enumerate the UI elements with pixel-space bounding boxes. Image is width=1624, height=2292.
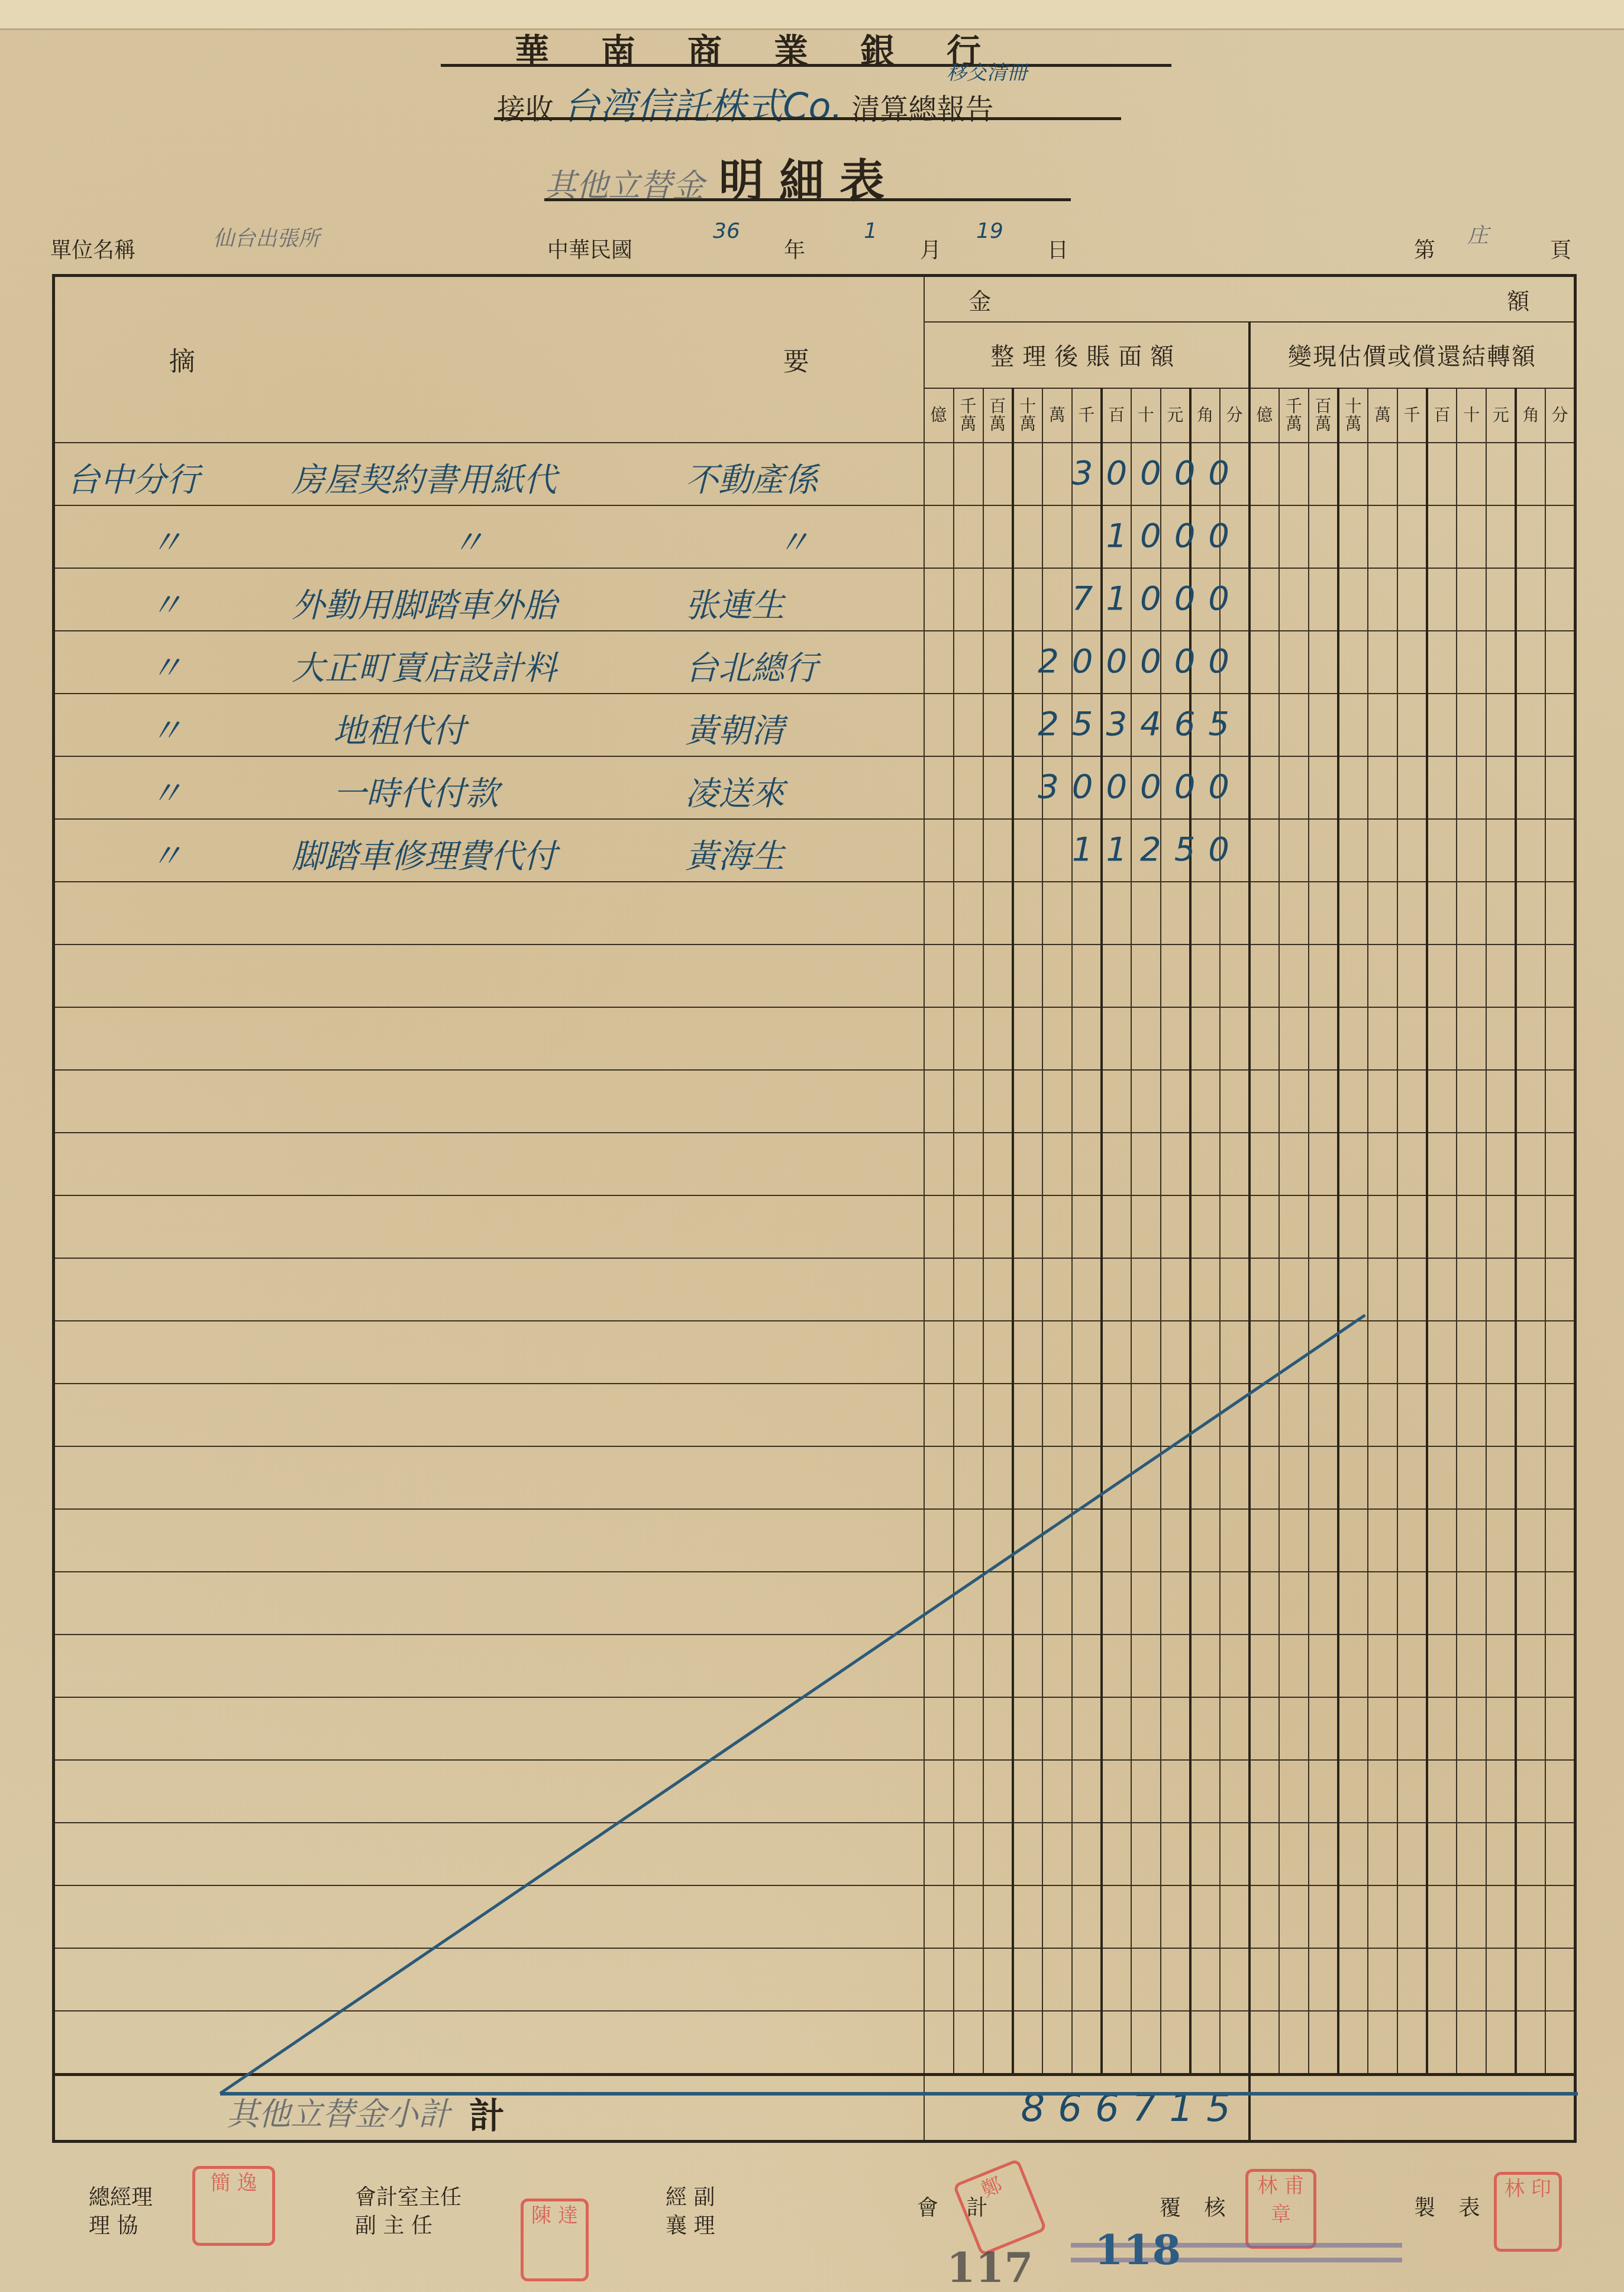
book-value-digit-cell	[983, 2011, 1013, 2075]
book-value-digit-cell	[983, 1133, 1013, 1195]
realization-digit-cell	[1397, 694, 1427, 756]
book-value-digit-cell	[1161, 1321, 1190, 1384]
row-item: 脚踏車修理費代付	[292, 830, 557, 878]
realization-digit-cell	[1545, 882, 1575, 944]
realization-digit-cell	[1309, 1195, 1338, 1258]
realization-digit-cell	[1427, 1258, 1457, 1321]
book-value-digit-cell	[1190, 1948, 1220, 2011]
book-value-digit-cell	[924, 944, 954, 1007]
realization-digit-cell	[1309, 1258, 1338, 1321]
realization-digit-cell	[1486, 1572, 1516, 1635]
book-value-digit-cell	[924, 1885, 954, 1948]
realization-digit-cell	[1427, 1572, 1457, 1635]
realization-digit-cell	[1516, 1446, 1545, 1509]
ledger-body: 台中分行房屋契約書用紙代不動產係30000〃〃〃1000〃外勤用脚踏車外胎张連生…	[54, 443, 1575, 2075]
realization-digit-cell	[1427, 568, 1457, 631]
book-value-digit-cell	[954, 882, 983, 944]
realization-digit-cell	[1397, 631, 1427, 694]
realization-digit-cell	[1279, 1697, 1309, 1760]
row-amount: 253465	[1038, 705, 1242, 743]
realization-digit-cell	[1457, 1133, 1486, 1195]
realization-digit-cell	[1309, 882, 1338, 944]
report-rule	[494, 117, 1121, 120]
book-value-digit-cell	[1161, 1635, 1190, 1697]
sig-label: 理 協	[89, 2212, 153, 2241]
realization-digit-cell	[1427, 631, 1457, 694]
realization-digit-cell	[1457, 1948, 1486, 2011]
book-value-digit-cell: 71000	[1220, 568, 1250, 631]
book-value-digit-cell	[1072, 1635, 1102, 1697]
book-value-digit-cell	[1131, 1321, 1161, 1384]
realization-digit-cell	[1397, 756, 1427, 819]
digit-header: 百萬	[983, 388, 1013, 443]
realization-digit-cell	[1338, 1133, 1368, 1195]
description-cell	[54, 1823, 924, 1885]
description-cell	[54, 1321, 924, 1384]
page-suffix: 頁	[1550, 234, 1571, 264]
book-value-digit-cell	[983, 819, 1013, 882]
realization-digit-cell	[1309, 944, 1338, 1007]
group-book-value: 整理後賬面額	[924, 322, 1250, 388]
table-row	[54, 1760, 1575, 1823]
book-value-digit-cell	[1102, 1133, 1131, 1195]
row-party: 凌送來	[685, 768, 784, 815]
realization-digit-cell	[1545, 1509, 1575, 1572]
realization-digit-cell	[1397, 1258, 1427, 1321]
realization-digit-cell	[1368, 1697, 1397, 1760]
table-row: 〃地租代付黃朝清253465	[54, 694, 1575, 756]
realization-digit-cell	[1368, 1885, 1397, 1948]
book-value-digit-cell	[983, 1572, 1013, 1635]
digit-header: 元	[1486, 388, 1516, 443]
realization-digit-cell	[1427, 443, 1457, 505]
book-value-digit-cell	[1161, 1258, 1190, 1321]
total-realization-cell	[1250, 2074, 1575, 2141]
realization-digit-cell	[1486, 1258, 1516, 1321]
book-value-digit-cell	[924, 1697, 954, 1760]
realization-digit-cell	[1397, 1195, 1427, 1258]
book-value-digit-cell	[1013, 882, 1042, 944]
realization-digit-cell	[1545, 1697, 1575, 1760]
digit-header: 角	[1190, 388, 1220, 443]
realization-digit-cell	[1279, 1195, 1309, 1258]
book-value-digit-cell	[924, 505, 954, 568]
book-value-digit-cell	[1131, 944, 1161, 1007]
realization-digit-cell	[1486, 756, 1516, 819]
month-value: 1	[864, 219, 877, 243]
description-cell	[54, 1760, 924, 1823]
realization-digit-cell	[1545, 1007, 1575, 1070]
realization-digit-cell	[1516, 1697, 1545, 1760]
table-row	[54, 882, 1575, 944]
book-value-digit-cell	[954, 505, 983, 568]
realization-digit-cell	[1338, 1760, 1368, 1823]
book-value-digit-cell	[1013, 1697, 1042, 1760]
table-row	[54, 1384, 1575, 1446]
realization-digit-cell	[1309, 1384, 1338, 1446]
book-value-digit-cell	[1131, 1195, 1161, 1258]
digit-header: 十	[1131, 388, 1161, 443]
realization-digit-cell	[1338, 1195, 1368, 1258]
digit-header: 千萬	[954, 388, 983, 443]
realization-digit-cell	[1545, 694, 1575, 756]
realization-digit-cell	[1545, 819, 1575, 882]
book-value-digit-cell	[983, 1948, 1013, 2011]
row-branch: 〃	[150, 705, 183, 752]
table-row: 台中分行房屋契約書用紙代不動產係30000	[54, 443, 1575, 505]
realization-digit-cell	[1397, 944, 1427, 1007]
signature-reviewer: 覆 核	[1160, 2194, 1234, 2223]
realization-digit-cell	[1516, 1195, 1545, 1258]
book-value-digit-cell	[1013, 1885, 1042, 1948]
realization-digit-cell	[1250, 1446, 1279, 1509]
book-value-digit-cell	[1072, 1509, 1102, 1572]
book-value-digit-cell	[1161, 882, 1190, 944]
book-value-digit-cell	[1220, 1885, 1250, 1948]
realization-digit-cell	[1545, 505, 1575, 568]
book-value-digit-cell	[1190, 1070, 1220, 1133]
table-row	[54, 944, 1575, 1007]
book-value-digit-cell: 11250	[1220, 819, 1250, 882]
realization-digit-cell	[1427, 1948, 1457, 2011]
book-value-digit-cell	[924, 2011, 954, 2075]
book-value-digit-cell	[954, 1697, 983, 1760]
sig-label: 襄 理	[666, 2212, 715, 2241]
book-value-digit-cell	[954, 1948, 983, 2011]
book-value-digit-cell	[924, 1760, 954, 1823]
realization-digit-cell	[1427, 1070, 1457, 1133]
realization-digit-cell	[1516, 1635, 1545, 1697]
realization-digit-cell	[1250, 1007, 1279, 1070]
realization-digit-cell	[1397, 2011, 1427, 2075]
realization-digit-cell	[1427, 1697, 1457, 1760]
book-value-digit-cell	[1131, 2011, 1161, 2075]
realization-digit-cell	[1338, 882, 1368, 944]
table-row	[54, 1258, 1575, 1321]
realization-digit-cell	[1338, 1384, 1368, 1446]
realization-digit-cell	[1516, 1133, 1545, 1195]
realization-digit-cell	[1427, 1885, 1457, 1948]
book-value-digit-cell	[1013, 1572, 1042, 1635]
book-value-digit-cell	[954, 1509, 983, 1572]
realization-digit-cell	[1279, 568, 1309, 631]
realization-digit-cell	[1545, 1258, 1575, 1321]
realization-digit-cell	[1545, 1384, 1575, 1446]
book-value-digit-cell	[1072, 1760, 1102, 1823]
realization-digit-cell	[1279, 505, 1309, 568]
book-value-digit-cell	[924, 1384, 954, 1446]
book-value-digit-cell	[954, 1007, 983, 1070]
realization-digit-cell	[1486, 1321, 1516, 1384]
seal-stamp: 陳 達	[521, 2198, 589, 2281]
book-value-digit-cell	[1102, 1948, 1131, 2011]
realization-digit-cell	[1250, 1070, 1279, 1133]
realization-digit-cell	[1486, 1697, 1516, 1760]
book-value-digit-cell	[1013, 1384, 1042, 1446]
book-value-digit-cell	[1072, 1070, 1102, 1133]
realization-digit-cell	[1545, 944, 1575, 1007]
book-value-digit-cell	[1102, 1885, 1131, 1948]
realization-digit-cell	[1338, 1509, 1368, 1572]
realization-digit-cell	[1338, 819, 1368, 882]
total-label-handwritten: 其他立替金小計	[227, 2089, 450, 2135]
book-value-digit-cell	[924, 882, 954, 944]
group-realization-value: 變現估價或償還結轉額	[1250, 322, 1575, 388]
description-cell: 〃一時代付款凌送來	[54, 756, 924, 819]
book-value-digit-cell	[1131, 1697, 1161, 1760]
realization-digit-cell	[1486, 819, 1516, 882]
description-cell	[54, 1635, 924, 1697]
detail-rule	[544, 198, 1071, 201]
book-value-digit-cell	[1131, 1070, 1161, 1133]
description-cell	[54, 1509, 924, 1572]
realization-digit-cell	[1457, 505, 1486, 568]
realization-digit-cell	[1250, 882, 1279, 944]
realization-digit-cell	[1486, 1760, 1516, 1823]
row-item: 一時代付款	[333, 768, 499, 815]
digit-header: 百萬	[1309, 388, 1338, 443]
realization-digit-cell	[1309, 694, 1338, 756]
book-value-digit-cell	[1131, 1007, 1161, 1070]
realization-digit-cell	[1309, 756, 1338, 819]
table-row	[54, 1572, 1575, 1635]
realization-digit-cell	[1397, 1572, 1427, 1635]
realization-digit-cell	[1279, 1635, 1309, 1697]
realization-digit-cell	[1545, 1635, 1575, 1697]
book-value-digit-cell	[1161, 1509, 1190, 1572]
table-row	[54, 1885, 1575, 1948]
table-row	[54, 1697, 1575, 1760]
realization-digit-cell	[1486, 2011, 1516, 2075]
book-value-digit-cell	[1072, 882, 1102, 944]
book-value-digit-cell	[983, 1007, 1013, 1070]
realization-digit-cell	[1397, 819, 1427, 882]
book-value-digit-cell	[1072, 1885, 1102, 1948]
realization-digit-cell	[1516, 443, 1545, 505]
row-item: 外勤用脚踏車外胎	[292, 579, 557, 627]
realization-digit-cell	[1338, 1070, 1368, 1133]
realization-digit-cell	[1457, 819, 1486, 882]
book-value-digit-cell	[954, 756, 983, 819]
report-company: 台湾信託株式Co.	[563, 85, 842, 128]
realization-digit-cell	[1368, 1070, 1397, 1133]
digit-header: 億	[1250, 388, 1279, 443]
book-value-digit-cell	[954, 819, 983, 882]
realization-digit-cell	[1516, 1384, 1545, 1446]
book-value-digit-cell	[1042, 1321, 1072, 1384]
book-value-digit-cell	[954, 944, 983, 1007]
book-value-digit-cell	[1190, 1133, 1220, 1195]
realization-digit-cell	[1457, 1572, 1486, 1635]
book-value-digit-cell	[1161, 1885, 1190, 1948]
book-value-digit-cell	[954, 1760, 983, 1823]
book-value-digit-cell: 253465	[1220, 694, 1250, 756]
realization-digit-cell	[1545, 1885, 1575, 1948]
book-value-digit-cell	[1013, 443, 1042, 505]
realization-digit-cell	[1457, 694, 1486, 756]
realization-digit-cell	[1279, 1885, 1309, 1948]
book-value-digit-cell	[1013, 505, 1042, 568]
book-value-digit-cell	[983, 443, 1013, 505]
description-cell	[54, 1384, 924, 1446]
book-value-digit-cell	[1072, 1948, 1102, 2011]
book-value-digit-cell	[1220, 1007, 1250, 1070]
realization-digit-cell	[1309, 819, 1338, 882]
row-amount: 30000	[1072, 454, 1242, 492]
realization-digit-cell	[1279, 756, 1309, 819]
book-value-digit-cell	[924, 756, 954, 819]
realization-digit-cell	[1368, 1823, 1397, 1885]
realization-digit-cell	[1516, 631, 1545, 694]
realization-digit-cell	[1279, 1446, 1309, 1509]
realization-digit-cell	[1338, 631, 1368, 694]
row-amount: 1000	[1106, 517, 1242, 555]
realization-digit-cell	[1457, 568, 1486, 631]
realization-digit-cell	[1368, 443, 1397, 505]
book-value-digit-cell	[1013, 1760, 1042, 1823]
digit-header: 千	[1072, 388, 1102, 443]
digit-header: 百	[1427, 388, 1457, 443]
realization-digit-cell	[1427, 694, 1457, 756]
realization-digit-cell	[1279, 1509, 1309, 1572]
realization-digit-cell	[1427, 1635, 1457, 1697]
book-value-digit-cell	[1102, 1635, 1131, 1697]
realization-digit-cell	[1368, 1509, 1397, 1572]
book-value-digit-cell	[1072, 505, 1102, 568]
book-value-digit-cell	[983, 568, 1013, 631]
row-party: 〃	[777, 517, 810, 564]
realization-digit-cell	[1338, 1885, 1368, 1948]
book-value-digit-cell: 1000	[1220, 505, 1250, 568]
book-value-digit-cell	[954, 568, 983, 631]
book-value-digit-cell	[1220, 1823, 1250, 1885]
realization-digit-cell	[1397, 1760, 1427, 1823]
realization-digit-cell	[1427, 1384, 1457, 1446]
book-value-digit-cell	[983, 1760, 1013, 1823]
realization-digit-cell	[1457, 1823, 1486, 1885]
book-value-digit-cell	[1042, 882, 1072, 944]
description-cell: 〃〃〃	[54, 505, 924, 568]
realization-digit-cell	[1250, 1509, 1279, 1572]
book-value-digit-cell	[1072, 944, 1102, 1007]
realization-digit-cell	[1368, 568, 1397, 631]
book-value-digit-cell	[1190, 944, 1220, 1007]
realization-digit-cell	[1397, 1697, 1427, 1760]
desc-header-left: 摘	[169, 340, 195, 378]
description-cell	[54, 944, 924, 1007]
book-value-digit-cell	[1013, 568, 1042, 631]
realization-digit-cell	[1368, 1446, 1397, 1509]
realization-digit-cell	[1516, 1760, 1545, 1823]
realization-digit-cell	[1309, 2011, 1338, 2075]
realization-digit-cell	[1427, 882, 1457, 944]
book-value-digit-cell	[954, 1321, 983, 1384]
book-value-digit-cell	[1220, 1697, 1250, 1760]
title-rule	[441, 64, 1171, 67]
sig-label: 總經理	[89, 2184, 153, 2212]
book-value-digit-cell	[954, 1070, 983, 1133]
book-value-digit-cell	[1102, 1823, 1131, 1885]
realization-digit-cell	[1397, 1509, 1427, 1572]
realization-digit-cell	[1338, 944, 1368, 1007]
realization-digit-cell	[1397, 505, 1427, 568]
book-value-digit-cell	[1042, 1948, 1072, 2011]
realization-digit-cell	[1457, 2011, 1486, 2075]
row-branch: 〃	[150, 642, 183, 689]
realization-digit-cell	[1368, 1007, 1397, 1070]
realization-digit-cell	[1516, 1007, 1545, 1070]
realization-digit-cell	[1250, 631, 1279, 694]
book-value-digit-cell	[1042, 1133, 1072, 1195]
description-cell: 〃地租代付黃朝清	[54, 694, 924, 756]
book-value-digit-cell	[1042, 1697, 1072, 1760]
realization-digit-cell	[1457, 1697, 1486, 1760]
book-value-digit-cell	[1190, 1195, 1220, 1258]
digit-header: 元	[1161, 388, 1190, 443]
realization-digit-cell	[1427, 1446, 1457, 1509]
day-label: 日	[1047, 234, 1068, 264]
cancellation-baseline	[220, 2092, 1578, 2096]
book-value-digit-cell	[983, 882, 1013, 944]
book-value-digit-cell	[1220, 882, 1250, 944]
book-value-digit-cell	[954, 1446, 983, 1509]
book-value-digit-cell	[1190, 1446, 1220, 1509]
realization-digit-cell	[1427, 1321, 1457, 1384]
book-value-digit-cell	[1131, 1885, 1161, 1948]
realization-digit-cell	[1309, 1760, 1338, 1823]
seal-stamp: 簡 逸	[192, 2166, 275, 2246]
signature-deputy-manager: 經 副 襄 理	[666, 2184, 715, 2241]
realization-digit-cell	[1486, 631, 1516, 694]
realization-digit-cell	[1338, 1007, 1368, 1070]
description-cell	[54, 1133, 924, 1195]
book-value-digit-cell	[1072, 2011, 1102, 2075]
row-party: 黃朝清	[685, 705, 784, 752]
realization-digit-cell	[1309, 1509, 1338, 1572]
row-item: 〃	[451, 517, 485, 564]
realization-digit-cell	[1309, 1572, 1338, 1635]
book-value-digit-cell	[924, 1948, 954, 2011]
realization-digit-cell	[1250, 1635, 1279, 1697]
book-value-digit-cell	[1190, 1509, 1220, 1572]
table-row: 〃〃〃1000	[54, 505, 1575, 568]
realization-digit-cell	[1516, 1321, 1545, 1384]
book-value-digit-cell	[1190, 882, 1220, 944]
realization-digit-cell	[1457, 944, 1486, 1007]
book-value-digit-cell	[1072, 1007, 1102, 1070]
realization-digit-cell	[1250, 1133, 1279, 1195]
book-value-digit-cell	[1102, 1258, 1131, 1321]
realization-digit-cell	[1397, 1384, 1427, 1446]
book-value-digit-cell	[1131, 1509, 1161, 1572]
digit-header: 千萬	[1279, 388, 1309, 443]
description-cell	[54, 1258, 924, 1321]
realization-digit-cell	[1250, 944, 1279, 1007]
book-value-digit-cell	[1102, 1760, 1131, 1823]
book-value-digit-cell	[924, 1133, 954, 1195]
realization-digit-cell	[1545, 1321, 1575, 1384]
realization-digit-cell	[1368, 882, 1397, 944]
book-value-digit-cell	[1102, 1509, 1131, 1572]
realization-digit-cell	[1545, 1446, 1575, 1509]
realization-digit-cell	[1279, 1258, 1309, 1321]
realization-digit-cell	[1427, 819, 1457, 882]
description-cell	[54, 1697, 924, 1760]
book-value-digit-cell	[1161, 1446, 1190, 1509]
book-value-digit-cell	[1042, 1635, 1072, 1697]
realization-digit-cell	[1486, 1384, 1516, 1446]
realization-digit-cell	[1309, 1133, 1338, 1195]
